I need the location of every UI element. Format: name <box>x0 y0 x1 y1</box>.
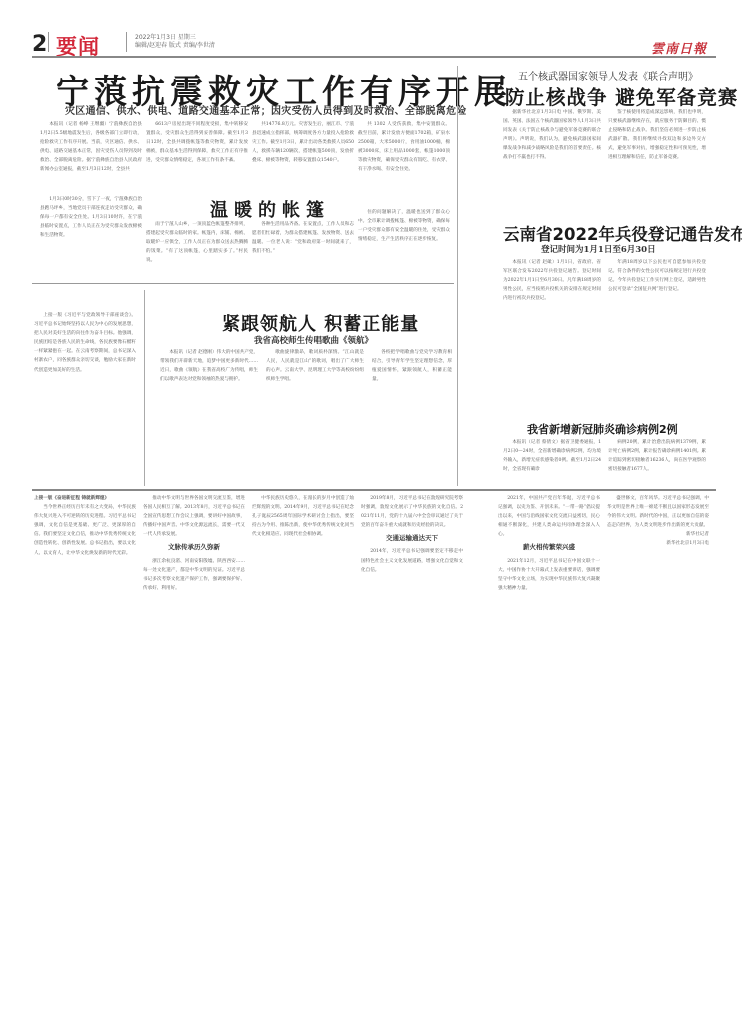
column-divider <box>457 66 458 486</box>
article-text: 盛世修文，百年风华。习近平总书记强调，中华文明是世界上唯一绵延不断且以国家形态发… <box>607 494 709 530</box>
article-text: 上接一版《习近平与党政领导干部座谈会》。习近平总书记始终坚持以人民为中心的发展思… <box>34 311 136 375</box>
newspaper-logo: 雲南日報 <box>651 38 707 57</box>
editors-line: 编辑/赵迎春 版式 责编/李世清 <box>135 42 215 50</box>
issue-meta: 2022年1月3日 星期三 编辑/赵迎春 版式 责编/李世清 <box>135 34 215 50</box>
article-text: 病例20例，累计治愈出院病例1379例，累计死亡病例2例，累计报告确诊病例140… <box>608 438 706 474</box>
article-text: 本报讯（记者 杨峥 王继疆）宁蒗彝族自治县1月2日5.5级地震发生后，各级各部门… <box>40 120 142 175</box>
article-text: 年满18周岁以下公民也可自愿参加兵役登记。符合条件的女性公民可以按规定进行兵役登… <box>608 258 706 294</box>
feature-col-6: 盛世修文，百年风华。习近平总书记强调，中华文明是世界上唯一绵延不断且以国家形态发… <box>607 494 709 1004</box>
side-story-col: 上接一版《习近平与党政领导干部座谈会》。习近平总书记始终坚持以人民为中心的发展思… <box>34 311 136 483</box>
lead-col-4: 共 1302 人受伤获救，集中安置群众。截至目前，累计发放方便面1702箱，矿泉… <box>358 120 450 192</box>
feature-subtitle: 交通运输通达天下 <box>361 534 463 543</box>
masthead-divider <box>48 32 49 52</box>
article-text: 共14776.8万元。灾害发生后，丽江市、宁蒗县迅速成立指挥部，统筹调度各方力量… <box>252 120 354 165</box>
byline-dateline: 新华社北京1月3日电 <box>607 539 709 548</box>
feature-col-4: 2019年8月，习近平总书记在敦煌研究院考察时强调，敦煌文化展示了中华民族的文化… <box>361 494 463 1004</box>
lead-subheadline: 灾区通信、供水、供电、道路交通基本正常；因灾受伤人员得到及时救治、全部脱离危险 <box>65 102 415 117</box>
covid-col-2: 病例20例，累计治愈出院病例1379例，累计死亡病例2例，累计报告确诊病例140… <box>608 438 706 486</box>
article-text: 歌曲旋律激昂，歌词质朴深情。“江山就是人民，人民就是江山”的歌词，唱出了广大师生… <box>266 348 364 384</box>
feature-subtitle: 文脉传承历久弥新 <box>143 543 245 552</box>
feature-col-3: 中华民族历史悠久，在漫长的岁月中创造了灿烂辉煌的文明。2014年9月，习近平总书… <box>252 494 354 1004</box>
masthead-rule <box>32 56 716 58</box>
article-text: 据新华社北京1月3日电 中国、俄罗斯、美国、英国、法国五个核武器国家领导人1月3… <box>503 108 601 163</box>
nuclear-kicker: 五个核武器国家领导人发表《联合声明》 <box>518 68 698 83</box>
leader-col-2: 歌曲旋律激昂，歌词质朴深情。“江山就是人民，人民就是江山”的歌词，唱出了广大师生… <box>266 348 364 484</box>
article-text: 各种生活用品齐备。在安置点，工作人员和志愿者们忙碌着，为群众搭建帐篷、发放物资、… <box>252 220 354 256</box>
conscription-headline: 云南省2022年兵役登记通告发布 <box>503 221 742 245</box>
covid-headline: 我省新增新冠肺炎确诊病例2例 <box>527 421 678 437</box>
leader-col-1: 本报讯（记者 赵德刚）伟大的中国共产党，带领我们开辟新天地，追梦中国更多新时代…… <box>160 348 258 484</box>
date-line: 2022年1月3日 星期三 <box>135 34 215 42</box>
article-text: 2014年，习近平总书记强调要坚定不移走中国特色社会主义文化发展道路，增强文化自… <box>361 547 463 574</box>
lead-col-1: 本报讯（记者 杨峥 王继疆）宁蒗彝族自治县1月2日5.5级地震发生后，各级各部门… <box>40 120 142 192</box>
tent-col-2: 各种生活用品齐备。在安置点，工作人员和志愿者们忙碌着，为群众搭建帐篷、发放物资、… <box>252 220 354 278</box>
feature-subtitle: 薪火相传繁荣兴盛 <box>498 543 600 552</box>
masthead: 2 要闻 2022年1月3日 星期三 编辑/赵迎春 版式 责编/李世清 雲南日報 <box>30 30 715 56</box>
leader-headline: 紧跟领航人 积蓄正能量 <box>222 310 419 336</box>
section-divider <box>32 283 454 284</box>
feature-col-1: 上接一版《奋进新征程 铸就新辉煌》 当今世界正经历百年未有之大变局，中华民族伟大… <box>34 494 136 1004</box>
nuclear-col-1: 据新华社北京1月3日电 中国、俄罗斯、美国、英国、法国五个核武器国家领导人1月3… <box>503 108 601 208</box>
leader-col-3: 各校把学唱歌曲与党史学习教育相结合，引导青年学生坚定理想信念，厚植爱国情怀，紧跟… <box>372 348 452 484</box>
article-text: 住的问题解决了，温暖也送到了群众心中。全市累计调拨帐篷、棉被等物资，确保每一户受… <box>358 208 450 244</box>
nuclear-col-2: 鉴于核使用将造成深远影响，我们也申明，只要核武器继续存在，就应服务于防御目的、慑… <box>608 108 706 208</box>
lead-col-bottom: 1月3日0时30分，雪下了一夜，宁蒗彝族自治县跑马坪乡，当地党员干部连夜走访受灾… <box>40 195 142 277</box>
article-text: 推动中华文明与世界各国文明交流互鉴，增进各国人民相互了解。2013年8月，习近平… <box>143 494 245 539</box>
article-text: 本报讯（记者 赵德刚）伟大的中国共产党，带领我们开辟新天地，追梦中国更多新时代…… <box>160 348 258 384</box>
article-text: 浙江余杭良渚、河南安阳殷墟、陕西西安……每一处文化遗产，都是中华文明的见证。习近… <box>143 557 245 593</box>
article-text: 中华民族历史悠久，在漫长的岁月中创造了灿烂辉煌的文明。2014年9月，习近平总书… <box>252 494 354 539</box>
masthead-divider <box>126 32 127 52</box>
article-text: 鉴于核使用将造成深远影响，我们也申明，只要核武器继续存在，就应服务于防御目的、慑… <box>608 108 706 163</box>
article-text: 2021年，中国共产党百年华诞，习近平总书记强调，以史为鉴、开创未来。“一带一路… <box>498 494 600 539</box>
article-text: 各校把学唱歌曲与党史学习教育相结合，引导青年学生坚定理想信念，厚植爱国情怀，紧跟… <box>372 348 452 384</box>
article-text: 雨于宁蒗人山乡，一顶顶蓝色帐篷整齐排列，搭建起受灾群众临时的家。帐篷内，床铺、棉… <box>146 220 248 265</box>
conscription-col-2: 年满18周岁以下公民也可自愿参加兵役登记。符合条件的女性公民可以按规定进行兵役登… <box>608 258 706 386</box>
tent-col-3: 住的问题解决了，温暖也送到了群众心中。全市累计调拨帐篷、棉被等物资，确保每一户受… <box>358 208 450 278</box>
section-rule <box>32 489 716 491</box>
article-text: 共 1302 人受伤获救，集中安置群众。截至目前，累计发放方便面1702箱，矿泉… <box>358 120 450 175</box>
feature-lead: 上接一版《奋进新征程 铸就新辉煌》 <box>34 494 136 503</box>
article-text: 本报讯（记者 蔡倩文）据省卫健委通报，1月2日0—24时，全省新增确诊病例2例，… <box>503 438 601 474</box>
tent-col-1: 雨于宁蒗人山乡，一顶顶蓝色帐篷整齐排列，搭建起受灾群众临时的家。帐篷内，床铺、棉… <box>146 220 248 278</box>
leader-subheadline: 我省高校师生传唱歌曲《领航》 <box>254 334 373 346</box>
covid-col-1: 本报讯（记者 蔡倩文）据省卫健委通报，1月2日0—24时，全省新增确诊病例2例，… <box>503 438 601 486</box>
article-text: 本报讯（记者 赵䂣）1月1日，省政府、省军区联合发布2022年兵役登记通告。登记… <box>503 258 601 303</box>
article-text: 1月3日0时30分，雪下了一夜，宁蒗彝族自治县跑马坪乡，当地党员干部连夜走访受灾… <box>40 195 142 240</box>
feature-col-5: 2021年，中国共产党百年华诞，习近平总书记强调，以史为鉴、开创未来。“一带一路… <box>498 494 600 1004</box>
article-text: 2019年8月，习近平总书记在敦煌研究院考察时强调，敦煌文化展示了中华民族的文化… <box>361 494 463 530</box>
page-number: 2 <box>32 32 47 57</box>
byline-author: 新华社记者 <box>607 530 709 539</box>
lead-col-3: 共14776.8万元。灾害发生后，丽江市、宁蒗县迅速成立指挥部，统筹调度各方力量… <box>252 120 354 192</box>
article-text: 当今世界正经历百年未有之大变局，中华民族伟大复兴进入不可逆转的历史进程。习近平总… <box>34 503 136 558</box>
conscription-subheadline: 登记时间为1月1日至6月30日 <box>541 243 656 255</box>
lead-col-2: 6613户房屋出现不同程度受损，集中转移安置群众，受灾群众生活得到妥善保障。截至… <box>146 120 248 192</box>
feature-col-2: 推动中华文明与世界各国文明交流互鉴，增进各国人民相互了解。2013年8月，习近平… <box>143 494 245 1004</box>
tent-headline: 温暖的帐篷 <box>210 196 330 222</box>
conscription-col-1: 本报讯（记者 赵䂣）1月1日，省政府、省军区联合发布2022年兵役登记通告。登记… <box>503 258 601 386</box>
article-text: 2021年12月，习近平总书记在中国文联十一大、中国作协十大开幕式上发表重要讲话… <box>498 557 600 593</box>
column-divider <box>144 290 145 486</box>
article-text: 6613户房屋出现不同程度受损，集中转移安置群众，受灾群众生活得到妥善保障。截至… <box>146 120 248 165</box>
nuclear-headline: 防止核战争 避免军备竞赛 <box>505 82 738 110</box>
